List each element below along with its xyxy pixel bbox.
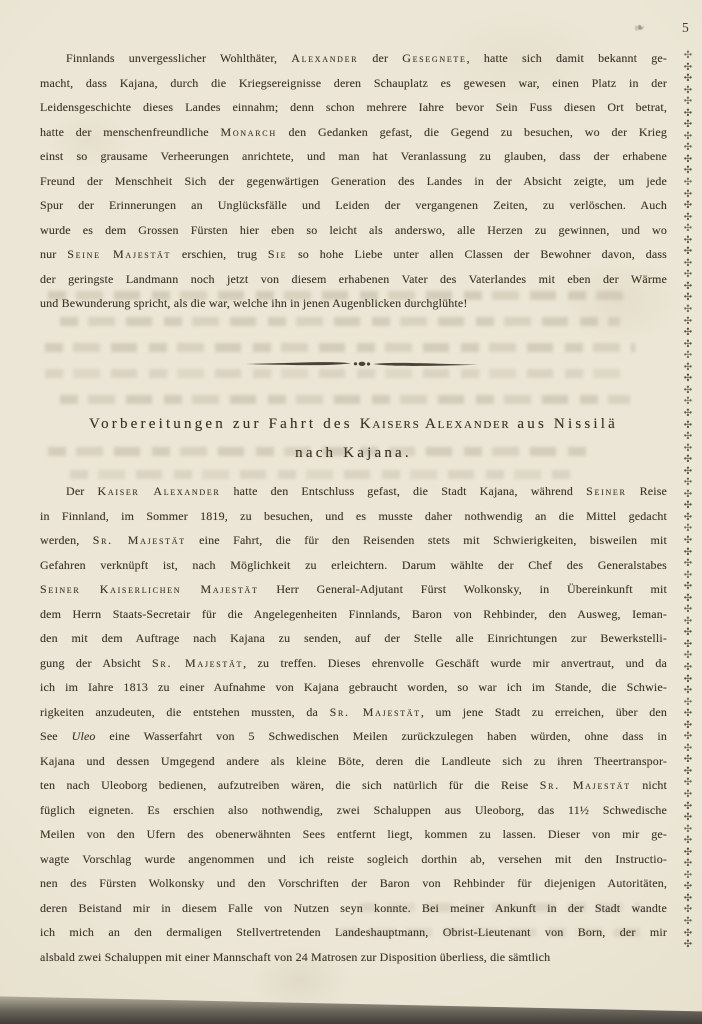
margin-fleuron-icon: ✣: [677, 431, 699, 443]
margin-fleuron-icon: ✣: [677, 304, 699, 316]
margin-fleuron-icon: ✣: [677, 443, 699, 455]
body-text: deren Beistand mir in diesem Falle von N…: [40, 901, 667, 915]
body-text: Finnlands unvergesslicher Wohlthäter,: [66, 51, 291, 65]
small-caps-text: Monarch: [220, 125, 276, 139]
body-text: dem Herrn Staats-Secretair für die Angel…: [40, 607, 667, 621]
text-line: nen des Fürsten Wolkonsky und den Vorsch…: [40, 871, 667, 896]
text-line: und Bewunderung spricht, als die war, we…: [40, 291, 667, 316]
printers-mark-icon: ❧: [632, 19, 646, 37]
margin-fleuron-icon: ✣: [677, 189, 699, 201]
small-caps-text: Sr. Majestät: [152, 656, 243, 670]
body-text: den Gedanken gefast, die Gegend zu besuc…: [277, 125, 667, 139]
body-text: Herr General-Adjutant Fürst Wolkonsky, i…: [259, 582, 667, 596]
margin-fleuron-icon: ✣: [677, 939, 699, 951]
margin-fleuron-icon: ✣: [677, 801, 699, 813]
margin-fleuron-icon: ✣: [677, 96, 699, 108]
margin-fleuron-icon: ✣: [677, 547, 699, 559]
margin-fleuron-icon: ✣: [677, 789, 699, 801]
small-caps-text: Seine Majestät: [67, 247, 171, 261]
body-text: hatte der menschenfreundliche: [40, 125, 220, 139]
margin-fleuron-icon: ✣: [677, 708, 699, 720]
body-text: nen des Fürsten Wolkonsky und den Vorsch…: [40, 876, 667, 890]
margin-fleuron-icon: ✣: [677, 362, 699, 374]
small-caps-text: Seiner: [586, 484, 626, 498]
margin-fleuron-icon: ✣: [677, 570, 699, 582]
body-text: See: [40, 729, 72, 743]
small-caps-text: Sr. Majestät: [93, 533, 186, 547]
margin-fleuron-icon: ✣: [677, 812, 699, 824]
margin-fleuron-icon: ✣: [677, 777, 699, 789]
body-text: aus Nissilä: [510, 416, 618, 432]
margin-fleuron-icon: ✣: [677, 616, 699, 628]
margin-fleuron-icon: ✣: [677, 523, 699, 535]
text-line: nur Seine Majestät erschien, trug Sie so…: [40, 242, 667, 267]
text-line: Gefahren verknüpft ist, nach Möglichkeit…: [40, 553, 667, 578]
body-text: macht, dass Kajana, durch die Kriegserei…: [40, 76, 667, 90]
text-line: ten nach Uleoborg bedienen, aufzutreiben…: [40, 773, 667, 798]
body-text: rigkeiten anzudeuten, die entstehen muss…: [40, 705, 330, 719]
margin-fleuron-icon: ✣: [677, 131, 699, 143]
text-line: Leidensgeschichte dieses Landes einnahm;…: [40, 95, 667, 120]
body-text: Freund der Menschheit Sich der gegenwärt…: [40, 174, 667, 188]
margin-fleuron-icon: ✣: [677, 824, 699, 836]
body-text: so hohe Liebe unter allen Classen der Be…: [287, 247, 667, 261]
body-text: Der: [66, 484, 97, 498]
text-line: Vorbereitungen zur Fahrt des Kaisers Ale…: [40, 410, 667, 439]
margin-fleuron-icon: ✣: [677, 119, 699, 131]
margin-fleuron-icon: ✣: [677, 373, 699, 385]
page-number: 5: [682, 20, 689, 36]
margin-fleuron-icon: ✣: [677, 235, 699, 247]
margin-fleuron-icon: ✣: [677, 593, 699, 605]
body-text: nicht: [631, 778, 667, 792]
margin-fleuron-icon: ✣: [677, 604, 699, 616]
margin-fleuron-icon: ✣: [677, 350, 699, 362]
margin-fleuron-icon: ✣: [677, 731, 699, 743]
body-text: einst so grausame Verheerungen anrichtet…: [40, 149, 667, 163]
body-text: der geringste Landmann noch jetzt von di…: [40, 272, 667, 286]
text-line: dem Herrn Staats-Secretair für die Angel…: [40, 602, 667, 627]
margin-fleuron-icon: ✣: [677, 893, 699, 905]
paragraph-intro: Finnlands unvergesslicher Wohlthäter, Al…: [40, 46, 667, 316]
body-text: Gefahren verknüpft ist, nach Möglichkeit…: [40, 558, 667, 572]
text-line: Seiner Kaiserlichen Majestät Herr Genera…: [40, 577, 667, 602]
text-line: ich mich an den dermaligen Stellvertrete…: [40, 920, 667, 945]
margin-fleuron-icon: ✣: [677, 396, 699, 408]
body-text: in Finnland, im Sommer 1819, zu besuchen…: [40, 509, 667, 523]
text-line: wagte Vorschlag wurde angenommen und ich…: [40, 847, 667, 872]
margin-fleuron-icon: ✣: [677, 85, 699, 97]
margin-fleuron-icon: ✣: [677, 316, 699, 328]
section-heading: Vorbereitungen zur Fahrt des Kaisers Ale…: [40, 410, 667, 468]
text-line: Freund der Menschheit Sich der gegenwärt…: [40, 169, 667, 194]
margin-fleuron-icon: ✣: [677, 627, 699, 639]
margin-fleuron-icon: ✣: [677, 500, 699, 512]
section-divider-rule: [245, 356, 479, 372]
text-line: alsbald zwei Schaluppen mit einer Mannsc…: [40, 945, 667, 970]
ink-bleedthrough-line: [60, 395, 630, 404]
ink-bleedthrough-line: [70, 470, 570, 479]
small-caps-text: Sie: [268, 247, 287, 261]
italic-text: Uleo: [72, 729, 96, 743]
small-caps-text: Seiner Kaiserlichen Majestät: [40, 582, 259, 596]
margin-fleuron-icon: ✣: [677, 327, 699, 339]
body-text: eine Wasserfahrt von 5 Schwedischen Meil…: [96, 729, 667, 743]
text-line: Meilen von den Ufern des obenerwähnten S…: [40, 822, 667, 847]
text-line: Finnlands unvergesslicher Wohlthäter, Al…: [40, 46, 667, 71]
body-text: ich mich an den dermaligen Stellvertrete…: [40, 925, 667, 939]
margin-fleuron-icon: ✣: [677, 466, 699, 478]
margin-fleuron-icon: ✣: [677, 928, 699, 940]
margin-fleuron-icon: ✣: [677, 73, 699, 85]
body-text: füglich eigneten. Es erschien also nothw…: [40, 803, 667, 817]
body-text: erschien, trug: [171, 247, 268, 261]
text-line: rigkeiten anzudeuten, die entstehen muss…: [40, 700, 667, 725]
margin-fleuron-icon: ✣: [677, 650, 699, 662]
margin-fleuron-icon: ✣: [677, 685, 699, 697]
small-caps-text: Alexander: [291, 51, 358, 65]
page-paper: ❧ 5 Finnlands unvergesslicher Wohlthäter…: [0, 0, 702, 1024]
margin-fleuron-icon: ✣: [677, 339, 699, 351]
margin-fleuron-icon: ✣: [677, 142, 699, 154]
body-text: eine Fahrt, die für den Reisenden stets …: [186, 533, 667, 547]
body-text: ich im Iahre 1813 zu einer Aufnahme von …: [40, 680, 667, 694]
text-line: Der Kaiser Alexander hatte den Entschlus…: [40, 479, 667, 504]
margin-fleuron-icon: ✣: [677, 835, 699, 847]
margin-fleuron-icon: ✣: [677, 212, 699, 224]
body-text: werden,: [40, 533, 93, 547]
margin-fleuron-icon: ✣: [677, 408, 699, 420]
body-text: Leidensgeschichte dieses Landes einnahm;…: [40, 100, 667, 114]
margin-fleuron-icon: ✣: [677, 292, 699, 304]
margin-fleuron-icon: ✣: [677, 246, 699, 258]
ink-bleedthrough-line: [45, 343, 635, 352]
margin-fleuron-icon: ✣: [677, 870, 699, 882]
body-text: , um jene Stadt zu erreichen, über den: [421, 705, 667, 719]
margin-fleuron-icon: ✣: [677, 766, 699, 778]
margin-fleuron-icon: ✣: [677, 420, 699, 432]
body-text: und Bewunderung spricht, als die war, we…: [40, 296, 468, 310]
ink-bleedthrough-line: [60, 317, 620, 326]
body-text: Reise: [627, 484, 667, 498]
margin-ornament-column: ✣✣✣✣✣✣✣✣✣✣✣✣✣✣✣✣✣✣✣✣✣✣✣✣✣✣✣✣✣✣✣✣✣✣✣✣✣✣✣✣…: [677, 50, 699, 951]
margin-fleuron-icon: ✣: [677, 535, 699, 547]
margin-fleuron-icon: ✣: [677, 154, 699, 166]
text-line: deren Beistand mir in diesem Falle von N…: [40, 896, 667, 921]
body-text: hatte den Entschluss gefast, die Stadt K…: [220, 484, 586, 498]
text-line: den mit dem Auftrage nach Kajana zu send…: [40, 626, 667, 651]
text-line: nach Kajana.: [40, 439, 667, 468]
margin-fleuron-icon: ✣: [677, 50, 699, 62]
text-line: werden, Sr. Majestät eine Fahrt, die für…: [40, 528, 667, 553]
margin-fleuron-icon: ✣: [677, 754, 699, 766]
margin-fleuron-icon: ✣: [677, 454, 699, 466]
body-text: wagte Vorschlag wurde angenommen und ich…: [40, 852, 667, 866]
body-text: ten nach Uleoborg bedienen, aufzutreiben…: [40, 778, 540, 792]
margin-fleuron-icon: ✣: [677, 62, 699, 74]
body-text: nach Kajana.: [295, 445, 412, 461]
body-text: gung der Absicht: [40, 656, 152, 670]
text-line: Spur der Erinnerungen an Unglücksfälle u…: [40, 193, 667, 218]
margin-fleuron-icon: ✣: [677, 108, 699, 120]
text-line: Kajana und dessen Umgegend andere als kl…: [40, 749, 667, 774]
margin-fleuron-icon: ✣: [677, 177, 699, 189]
text-line: füglich eigneten. Es erschien also nothw…: [40, 798, 667, 823]
body-text: den mit dem Auftrage nach Kajana zu send…: [40, 631, 667, 645]
body-text: Meilen von den Ufern des obenerwähnten S…: [40, 827, 667, 841]
body-text: , hatte sich damit bekannt ge-: [467, 51, 667, 65]
margin-fleuron-icon: ✣: [677, 858, 699, 870]
swelled-rule-icon: [245, 356, 479, 372]
margin-fleuron-icon: ✣: [677, 662, 699, 674]
small-caps-text: Sr. Majestät: [330, 705, 421, 719]
text-line: See Uleo eine Wasserfahrt von 5 Schwedis…: [40, 724, 667, 749]
paragraph-main: Der Kaiser Alexander hatte den Entschlus…: [40, 479, 667, 969]
body-text: , zu treffen. Dieses ehrenvolle Geschäft…: [243, 656, 667, 670]
margin-fleuron-icon: ✣: [677, 916, 699, 928]
text-line: gung der Absicht Sr. Majestät, zu treffe…: [40, 651, 667, 676]
margin-fleuron-icon: ✣: [677, 639, 699, 651]
body-text: Kajana und dessen Umgegend andere als kl…: [40, 754, 667, 768]
body-text: Vorbereitungen zur Fahrt des: [89, 416, 360, 432]
text-line: wurde es dem Grossen Fürsten hier eben s…: [40, 218, 667, 243]
margin-fleuron-icon: ✣: [677, 200, 699, 212]
margin-fleuron-icon: ✣: [677, 697, 699, 709]
margin-fleuron-icon: ✣: [677, 720, 699, 732]
small-caps-text: Gesegnete: [402, 51, 466, 65]
margin-fleuron-icon: ✣: [677, 385, 699, 397]
margin-fleuron-icon: ✣: [677, 512, 699, 524]
margin-fleuron-icon: ✣: [677, 165, 699, 177]
margin-fleuron-icon: ✣: [677, 881, 699, 893]
text-line: hatte der menschenfreundliche Monarch de…: [40, 120, 667, 145]
text-line: macht, dass Kajana, durch die Kriegserei…: [40, 71, 667, 96]
margin-fleuron-icon: ✣: [677, 269, 699, 281]
body-text: Spur der Erinnerungen an Unglücksfälle u…: [40, 198, 667, 212]
page-bottom-edge: [0, 994, 702, 1024]
margin-fleuron-icon: ✣: [677, 743, 699, 755]
small-caps-text: Sr. Majestät: [540, 778, 631, 792]
margin-fleuron-icon: ✣: [677, 558, 699, 570]
body-text: wurde es dem Grossen Fürsten hier eben s…: [40, 223, 667, 237]
margin-fleuron-icon: ✣: [677, 581, 699, 593]
margin-fleuron-icon: ✣: [677, 674, 699, 686]
text-line: der geringste Landmann noch jetzt von di…: [40, 267, 667, 292]
margin-fleuron-icon: ✣: [677, 281, 699, 293]
body-text: nur: [40, 247, 67, 261]
small-caps-text: Kaisers Alexander: [360, 416, 511, 432]
margin-fleuron-icon: ✣: [677, 258, 699, 270]
margin-fleuron-icon: ✣: [677, 904, 699, 916]
margin-fleuron-icon: ✣: [677, 477, 699, 489]
text-line: in Finnland, im Sommer 1819, zu besuchen…: [40, 504, 667, 529]
body-text: alsbald zwei Schaluppen mit einer Mannsc…: [40, 950, 550, 964]
scanned-book-page: ❧ 5 Finnlands unvergesslicher Wohlthäter…: [0, 0, 702, 1024]
margin-fleuron-icon: ✣: [677, 223, 699, 235]
margin-fleuron-icon: ✣: [677, 489, 699, 501]
text-line: einst so grausame Verheerungen anrichtet…: [40, 144, 667, 169]
body-text: der: [358, 51, 402, 65]
text-line: ich im Iahre 1813 zu einer Aufnahme von …: [40, 675, 667, 700]
small-caps-text: Kaiser Alexander: [97, 484, 220, 498]
margin-fleuron-icon: ✣: [677, 847, 699, 859]
